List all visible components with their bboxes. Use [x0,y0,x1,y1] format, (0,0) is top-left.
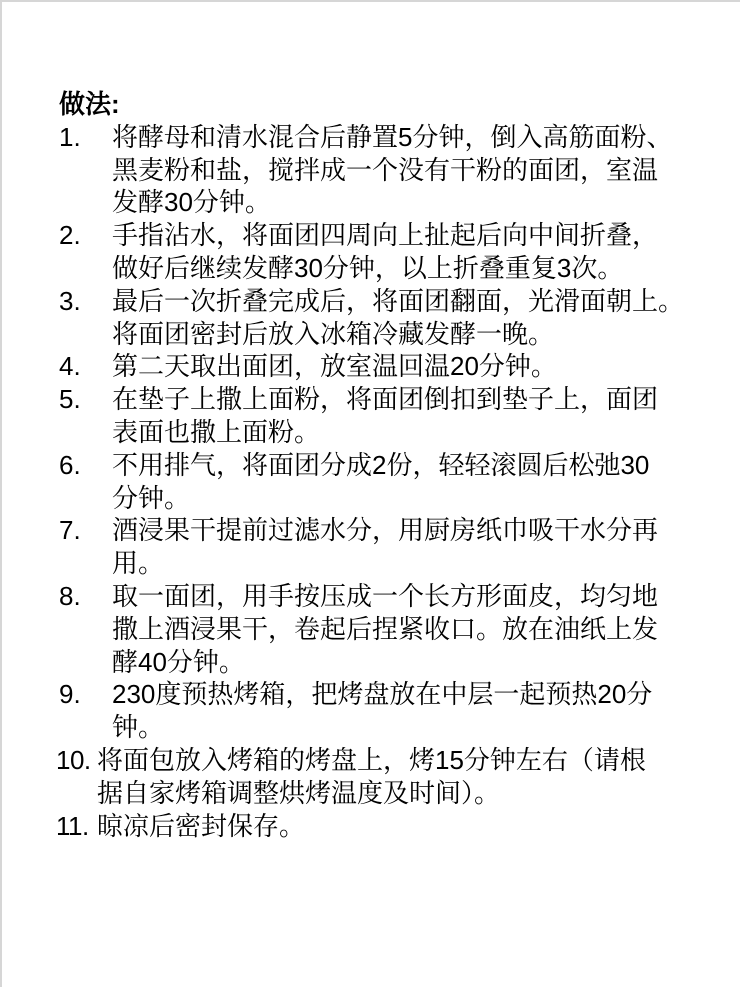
step-text-line: 钟。 [112,711,652,744]
step-text-line: 做好后继续发酵30分钟，以上折叠重复3次。 [112,252,658,285]
step-item: 5.在垫子上撒上面粉，将面团倒扣到垫子上，面团表面也撒上面粉。 [59,383,740,449]
step-text-line: 用。 [112,547,658,580]
step-text-line: 发酵30分钟。 [112,186,672,219]
step-text: 手指沾水，将面团四周向上扯起后向中间折叠，做好后继续发酵30分钟，以上折叠重复3… [112,219,658,285]
step-number: 7. [59,514,112,547]
step-item: 10.将面包放入烤箱的烤盘上，烤15分钟左右（请根据自家烤箱调整烘烤温度及时间）… [59,744,740,810]
step-number: 6. [59,449,112,482]
step-number: 10. [56,744,97,777]
recipe-page: 做法: 1.将酵母和清水混合后静置5分钟，倒入高筋面粉、黑麦粉和盐，搅拌成一个没… [2,2,740,842]
step-text-line: 第二天取出面团，放室温回温20分钟。 [112,350,557,383]
step-item: 9.230度预热烤箱，把烤盘放在中层一起预热20分钟。 [59,678,740,744]
step-text-line: 在垫子上撒上面粉，将面团倒扣到垫子上，面团 [112,383,658,416]
step-text: 将面包放入烤箱的烤盘上，烤15分钟左右（请根据自家烤箱调整烘烤温度及时间）。 [97,744,646,810]
step-text: 第二天取出面团，放室温回温20分钟。 [112,350,557,383]
step-text-line: 将酵母和清水混合后静置5分钟，倒入高筋面粉、 [112,121,672,154]
step-number: 3. [59,285,112,318]
step-item: 7.酒浸果干提前过滤水分，用厨房纸巾吸干水分再用。 [59,514,740,580]
steps-list: 1.将酵母和清水混合后静置5分钟，倒入高筋面粉、黑麦粉和盐，搅拌成一个没有干粉的… [59,121,740,843]
step-text: 将酵母和清水混合后静置5分钟，倒入高筋面粉、黑麦粉和盐，搅拌成一个没有干粉的面团… [112,121,672,219]
section-title: 做法: [59,88,740,121]
step-text-line: 最后一次折叠完成后，将面团翻面，光滑面朝上。 [112,285,684,318]
step-text: 晾凉后密封保存。 [97,810,305,843]
step-text-line: 230度预热烤箱，把烤盘放在中层一起预热20分 [112,678,652,711]
step-number: 11. [56,810,97,843]
step-text-line: 分钟。 [112,482,649,515]
step-item: 8.取一面团，用手按压成一个长方形面皮，均匀地撒上酒浸果干，卷起后捏紧收口。放在… [59,580,740,678]
step-text-line: 黑麦粉和盐，搅拌成一个没有干粉的面团，室温 [112,154,672,187]
step-item: 3.最后一次折叠完成后，将面团翻面，光滑面朝上。将面团密封后放入冰箱冷藏发酵一晚… [59,285,740,351]
step-text: 在垫子上撒上面粉，将面团倒扣到垫子上，面团表面也撒上面粉。 [112,383,658,449]
step-text-line: 将面团密封后放入冰箱冷藏发酵一晚。 [112,318,684,351]
step-item: 4.第二天取出面团，放室温回温20分钟。 [59,350,740,383]
step-text-line: 撒上酒浸果干，卷起后捏紧收口。放在油纸上发 [112,613,658,646]
step-text-line: 据自家烤箱调整烘烤温度及时间）。 [97,777,646,810]
step-number: 2. [59,219,112,252]
step-item: 11.晾凉后密封保存。 [59,810,740,843]
step-text-line: 取一面团，用手按压成一个长方形面皮，均匀地 [112,580,658,613]
step-text-line: 将面包放入烤箱的烤盘上，烤15分钟左右（请根 [97,744,646,777]
step-number: 8. [59,580,112,613]
step-text-line: 表面也撒上面粉。 [112,416,658,449]
step-text: 酒浸果干提前过滤水分，用厨房纸巾吸干水分再用。 [112,514,658,580]
step-item: 1.将酵母和清水混合后静置5分钟，倒入高筋面粉、黑麦粉和盐，搅拌成一个没有干粉的… [59,121,740,219]
step-text-line: 不用排气，将面团分成2份，轻轻滚圆后松弛30 [112,449,649,482]
step-text: 不用排气，将面团分成2份，轻轻滚圆后松弛30分钟。 [112,449,649,515]
step-text-line: 手指沾水，将面团四周向上扯起后向中间折叠， [112,219,658,252]
step-number: 1. [59,121,112,154]
step-text: 最后一次折叠完成后，将面团翻面，光滑面朝上。将面团密封后放入冰箱冷藏发酵一晚。 [112,285,684,351]
step-number: 4. [59,350,112,383]
step-text-line: 酵40分钟。 [112,646,658,679]
step-item: 2.手指沾水，将面团四周向上扯起后向中间折叠，做好后继续发酵30分钟，以上折叠重… [59,219,740,285]
step-number: 5. [59,383,112,416]
step-text-line: 晾凉后密封保存。 [97,810,305,843]
step-item: 6.不用排气，将面团分成2份，轻轻滚圆后松弛30分钟。 [59,449,740,515]
step-text-line: 酒浸果干提前过滤水分，用厨房纸巾吸干水分再 [112,514,658,547]
step-text: 230度预热烤箱，把烤盘放在中层一起预热20分钟。 [112,678,652,744]
step-text: 取一面团，用手按压成一个长方形面皮，均匀地撒上酒浸果干，卷起后捏紧收口。放在油纸… [112,580,658,678]
step-number: 9. [59,678,112,711]
